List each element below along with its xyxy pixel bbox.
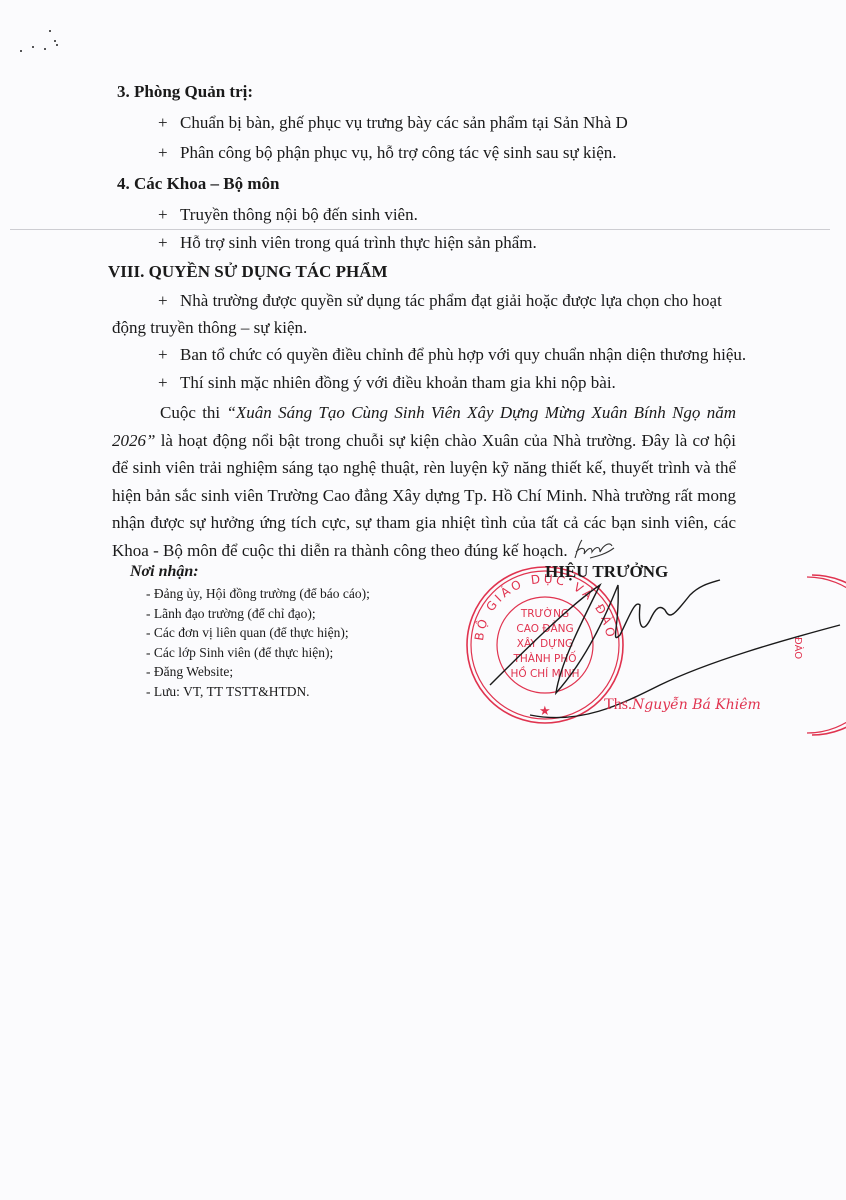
document-page: 3. Phòng Quản trị: +Chuẩn bị bàn, ghế ph… — [0, 0, 846, 1200]
signer-name: Ths.Nguyễn Bá Khiêm — [604, 696, 761, 714]
section-8-heading: VIII. QUYỀN SỬ DỤNG TÁC PHẨM — [108, 262, 388, 282]
bullet-symbol: + — [158, 345, 180, 365]
bullet-symbol: + — [158, 205, 180, 225]
svg-text:TRƯỜNG: TRƯỜNG — [520, 607, 569, 620]
list-item: +Ban tổ chức có quyền điều chỉnh để phù … — [158, 345, 746, 365]
svg-text:CAO ĐẲNG: CAO ĐẲNG — [516, 620, 573, 635]
recipients-block: Nơi nhận: - Đảng ủy, Hội đồng trường (để… — [130, 562, 370, 701]
recipient-item: - Lưu: VT, TT TSTT&HTDN. — [146, 682, 370, 702]
recipients-title: Nơi nhận: — [130, 562, 370, 582]
svg-text:ĐÀO: ĐÀO — [792, 637, 805, 659]
recipient-item: - Đảng ủy, Hội đồng trường (để báo cáo); — [146, 584, 370, 604]
list-item: +Thí sinh mặc nhiên đồng ý với điều khoả… — [158, 373, 616, 393]
list-item: +Phân công bộ phận phục vụ, hỗ trợ công … — [158, 143, 617, 163]
list-item-continuation: động truyền thông – sự kiện. — [112, 318, 307, 338]
scan-artifact-line — [10, 229, 830, 230]
list-item: +Chuẩn bị bàn, ghế phục vụ trưng bày các… — [158, 113, 628, 133]
official-stamp: BỘ GIÁO DỤC VÀ ĐÀO TẠO TRƯỜNG CAO ĐẲNG X… — [460, 565, 846, 745]
recipient-item: - Lãnh đạo trường (để chỉ đạo); — [146, 604, 370, 624]
recipient-item: - Đăng Website; — [146, 662, 370, 682]
section-4-heading: 4. Các Khoa – Bộ môn — [117, 174, 279, 194]
bullet-symbol: + — [158, 113, 180, 133]
bullet-symbol: + — [158, 291, 180, 311]
recipient-item: - Các lớp Sinh viên (để thực hiện); — [146, 643, 370, 663]
closing-paragraph: Cuộc thi “Xuân Sáng Tạo Cùng Sinh Viên X… — [112, 399, 736, 564]
section-3-heading: 3. Phòng Quản trị: — [117, 82, 253, 102]
signature-title: HIỆU TRƯỞNG — [545, 562, 668, 582]
scan-specks — [14, 28, 64, 58]
bullet-symbol: + — [158, 233, 180, 253]
recipient-item: - Các đơn vị liên quan (để thực hiện); — [146, 623, 370, 643]
list-item: +Nhà trường được quyền sử dụng tác phẩm … — [158, 291, 722, 311]
bullet-symbol: + — [158, 373, 180, 393]
list-item: +Truyền thông nội bộ đến sinh viên. — [158, 205, 418, 225]
initials-signature-icon — [572, 538, 616, 560]
recipients-list: - Đảng ủy, Hội đồng trường (để báo cáo);… — [130, 584, 370, 701]
svg-text:XÂY DỰNG: XÂY DỰNG — [517, 637, 573, 650]
bullet-symbol: + — [158, 143, 180, 163]
list-item: +Hỗ trợ sinh viên trong quá trình thực h… — [158, 233, 537, 253]
